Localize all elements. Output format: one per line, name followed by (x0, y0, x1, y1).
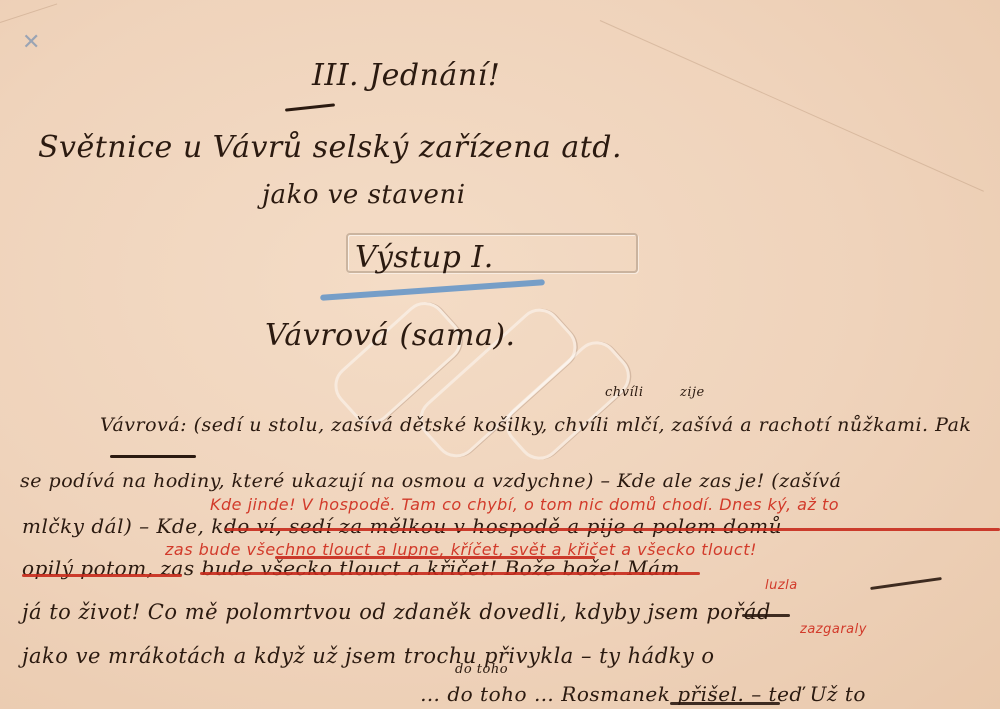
act-heading: III. Jednání! (312, 58, 500, 93)
paper-crease (0, 3, 57, 22)
ink-strikethrough (742, 614, 790, 617)
margin-mark: ✕ (22, 30, 41, 55)
manuscript-page: ✕ III. Jednání! Světnice u Vávrů selský … (0, 0, 1000, 709)
red-annotation: Kde jinde! V hospodě. Tam co chybí, o to… (210, 495, 839, 514)
red-annotation: luzla (765, 578, 798, 593)
scene-characters: Vávrová (sama). (265, 318, 516, 353)
speaker-underline (110, 455, 196, 458)
body-line: Vávrová: (sedí u stolu, zašívá dětské ko… (100, 414, 971, 436)
setting-line-2: jako ve staveni (262, 180, 466, 210)
ink-strikethrough (870, 577, 942, 590)
act-heading-underline (285, 103, 335, 111)
interlinear-note: chvíli (605, 385, 643, 400)
red-strikethrough (200, 572, 700, 575)
body-line: jako ve mrákotách a když už jsem trochu … (22, 644, 715, 668)
red-strikethrough (22, 574, 182, 577)
body-line: se podívá na hodiny, které ukazují na os… (20, 470, 841, 492)
red-strikethrough (225, 528, 1000, 531)
setting-line: Světnice u Vávrů selský zařízena atd. (38, 130, 622, 165)
blue-pencil-underline (320, 279, 545, 301)
scene-heading: Výstup I. (355, 240, 494, 275)
body-line: … do toho … Rosmanek přišel. – teď Už to (420, 682, 866, 706)
paper-crease (600, 20, 984, 192)
body-line: mlčky dál) – Kde, kdo ví, sedí za mělkou… (22, 514, 782, 538)
body-line: já to život! Co mě polomrtvou od zdaněk … (22, 600, 771, 624)
interlinear-note: zije (680, 385, 705, 400)
red-annotation: zazgaraly (800, 622, 867, 637)
ink-strikethrough (670, 702, 780, 705)
interlinear-note: do toho (455, 662, 508, 677)
